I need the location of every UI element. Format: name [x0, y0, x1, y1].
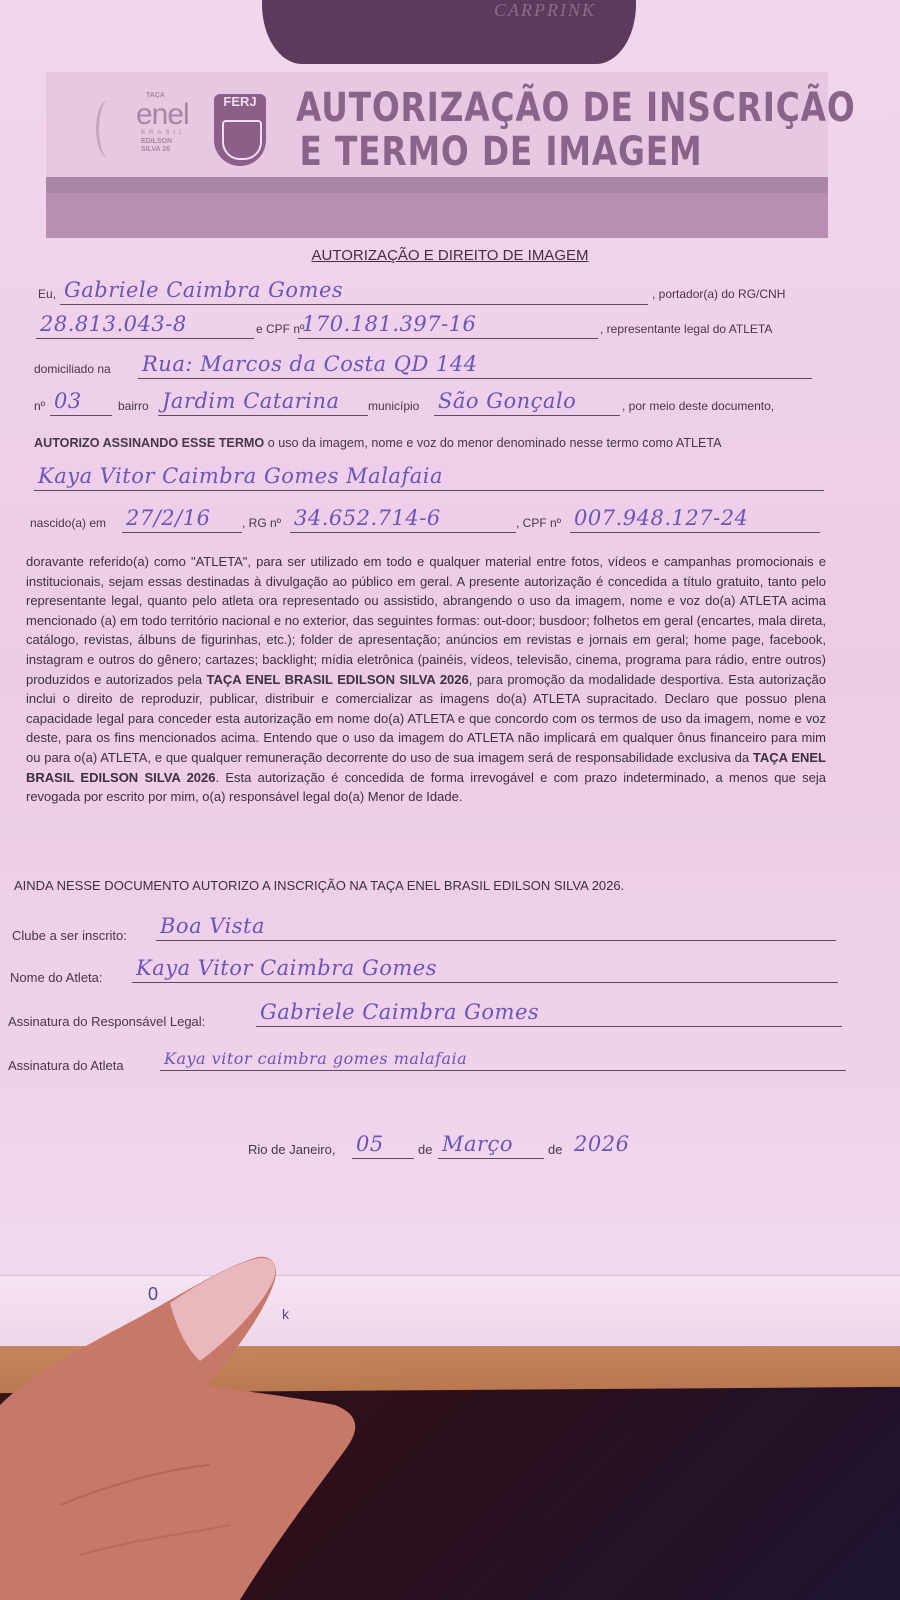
- bairro-field[interactable]: Jardim Catarina: [158, 389, 368, 416]
- clube-field[interactable]: Boa Vista: [156, 914, 836, 941]
- cpf-responsavel-field[interactable]: 170.181.397-16: [298, 312, 598, 339]
- assinatura-atleta-field[interactable]: Kaya vitor caimbra gomes malafaia: [160, 1044, 846, 1071]
- ferj-text: FERJ: [223, 94, 256, 109]
- section-title: AUTORIZAÇÃO E DIREITO DE IMAGEM: [0, 247, 900, 264]
- nascido-label: nascido(a) em: [30, 516, 106, 530]
- logo-brasil: BRASIL: [141, 130, 186, 136]
- atleta-nome-value: Kaya Vitor Caimbra Gomes Malafaia: [38, 464, 443, 488]
- endereco-field[interactable]: Rua: Marcos da Costa QD 144: [138, 352, 812, 379]
- clipboard-clip: CARPRINK: [262, 0, 636, 64]
- cpf-atleta-value: 007.948.127-24: [574, 506, 748, 530]
- title-line-2: E TERMO DE IMAGEM: [296, 130, 706, 174]
- atleta-nome-field[interactable]: Kaya Vitor Caimbra Gomes Malafaia: [34, 464, 824, 491]
- swirl-icon: [96, 100, 121, 158]
- clube-label: Clube a ser inscrito:: [12, 928, 127, 943]
- logo-enel: enel: [136, 98, 189, 132]
- municipio-value: São Gonçalo: [438, 389, 576, 413]
- page-title: AUTORIZAÇÃO DE INSCRIÇÃO E TERMO DE IMAG…: [296, 86, 706, 174]
- header-band: [46, 177, 828, 238]
- form-paper: CARPRINK TAÇA enel BRASIL EDILSONSILVA 2…: [0, 0, 900, 1345]
- rg-atleta-value: 34.652.714-6: [294, 506, 441, 530]
- assinatura-atleta-label: Assinatura do Atleta: [8, 1058, 124, 1073]
- year-field[interactable]: 2026: [570, 1132, 638, 1158]
- photo-scene: CARPRINK TAÇA enel BRASIL EDILSONSILVA 2…: [0, 0, 900, 1600]
- ferj-logo: FERJ: [214, 94, 266, 166]
- taca-enel-logo: TAÇA enel BRASIL EDILSONSILVA 26: [96, 92, 206, 162]
- representante-label: , representante legal do ATLETA: [600, 322, 772, 336]
- municipio-field[interactable]: São Gonçalo: [434, 389, 620, 416]
- portador-label: , portador(a) do RG/CNH: [652, 287, 785, 301]
- rg-responsavel-field[interactable]: 28.813.043-8: [36, 312, 254, 339]
- eu-label: Eu,: [38, 287, 56, 301]
- day-field[interactable]: 05: [352, 1132, 414, 1159]
- assinatura-atleta-value: Kaya vitor caimbra gomes malafaia: [164, 1049, 467, 1068]
- hand-holding-clipboard: [0, 1255, 360, 1600]
- cpf-responsavel-value: 170.181.397-16: [302, 312, 476, 336]
- endereco-value: Rua: Marcos da Costa QD 144: [142, 352, 478, 376]
- terms-paragraph: doravante referido(a) como "ATLETA", par…: [26, 552, 826, 807]
- numero-field[interactable]: 03: [50, 389, 112, 416]
- responsavel-nome-field[interactable]: Gabriele Caimbra Gomes: [60, 278, 648, 305]
- rg-atleta-field[interactable]: 34.652.714-6: [290, 506, 516, 533]
- de-label-1: de: [418, 1142, 432, 1157]
- de-label-2: de: [548, 1142, 562, 1157]
- day-value: 05: [356, 1132, 384, 1156]
- assinatura-responsavel-label: Assinatura do Responsável Legal:: [8, 1014, 205, 1029]
- bairro-label: bairro: [118, 399, 149, 413]
- numero-value: 03: [54, 389, 82, 413]
- nome-atleta-label: Nome do Atleta:: [10, 970, 103, 985]
- cpf-atleta-field[interactable]: 007.948.127-24: [570, 506, 820, 533]
- assinatura-responsavel-value: Gabriele Caimbra Gomes: [260, 1000, 539, 1024]
- cpf-atleta-label: , CPF nº: [516, 516, 561, 530]
- logo-edilson: EDILSONSILVA 26: [141, 138, 172, 154]
- month-field[interactable]: Março: [438, 1132, 544, 1159]
- bairro-value: Jardim Catarina: [162, 389, 340, 413]
- domiciliado-label: domiciliado na: [34, 362, 111, 376]
- clube-value: Boa Vista: [160, 914, 265, 938]
- month-value: Março: [442, 1132, 513, 1156]
- responsavel-nome-value: Gabriele Caimbra Gomes: [64, 278, 343, 302]
- form-header: TAÇA enel BRASIL EDILSONSILVA 26 FERJ AU…: [46, 72, 828, 222]
- por-meio-label: , por meio deste documento,: [622, 399, 774, 413]
- year-value: 2026: [574, 1132, 629, 1156]
- nome-atleta-value: Kaya Vitor Caimbra Gomes: [136, 956, 437, 980]
- rg-atleta-label: , RG nº: [242, 516, 281, 530]
- clip-brand: CARPRINK: [494, 0, 596, 21]
- nome-atleta-field[interactable]: Kaya Vitor Caimbra Gomes: [132, 956, 838, 983]
- autorizo-statement: AUTORIZO ASSINANDO ESSE TERMO o uso da i…: [34, 436, 722, 450]
- inscricao-heading: AINDA NESSE DOCUMENTO AUTORIZO A INSCRIÇ…: [14, 878, 624, 893]
- city-label: Rio de Janeiro,: [248, 1142, 335, 1157]
- nascimento-field[interactable]: 27/2/16: [122, 506, 242, 533]
- nascimento-value: 27/2/16: [126, 506, 210, 530]
- municipio-label: município: [368, 399, 419, 413]
- numero-label: nº: [34, 399, 45, 413]
- assinatura-responsavel-field[interactable]: Gabriele Caimbra Gomes: [256, 1000, 842, 1027]
- rg-responsavel-value: 28.813.043-8: [40, 312, 187, 336]
- shield-icon: [222, 120, 262, 160]
- title-line-1: AUTORIZAÇÃO DE INSCRIÇÃO: [296, 86, 706, 130]
